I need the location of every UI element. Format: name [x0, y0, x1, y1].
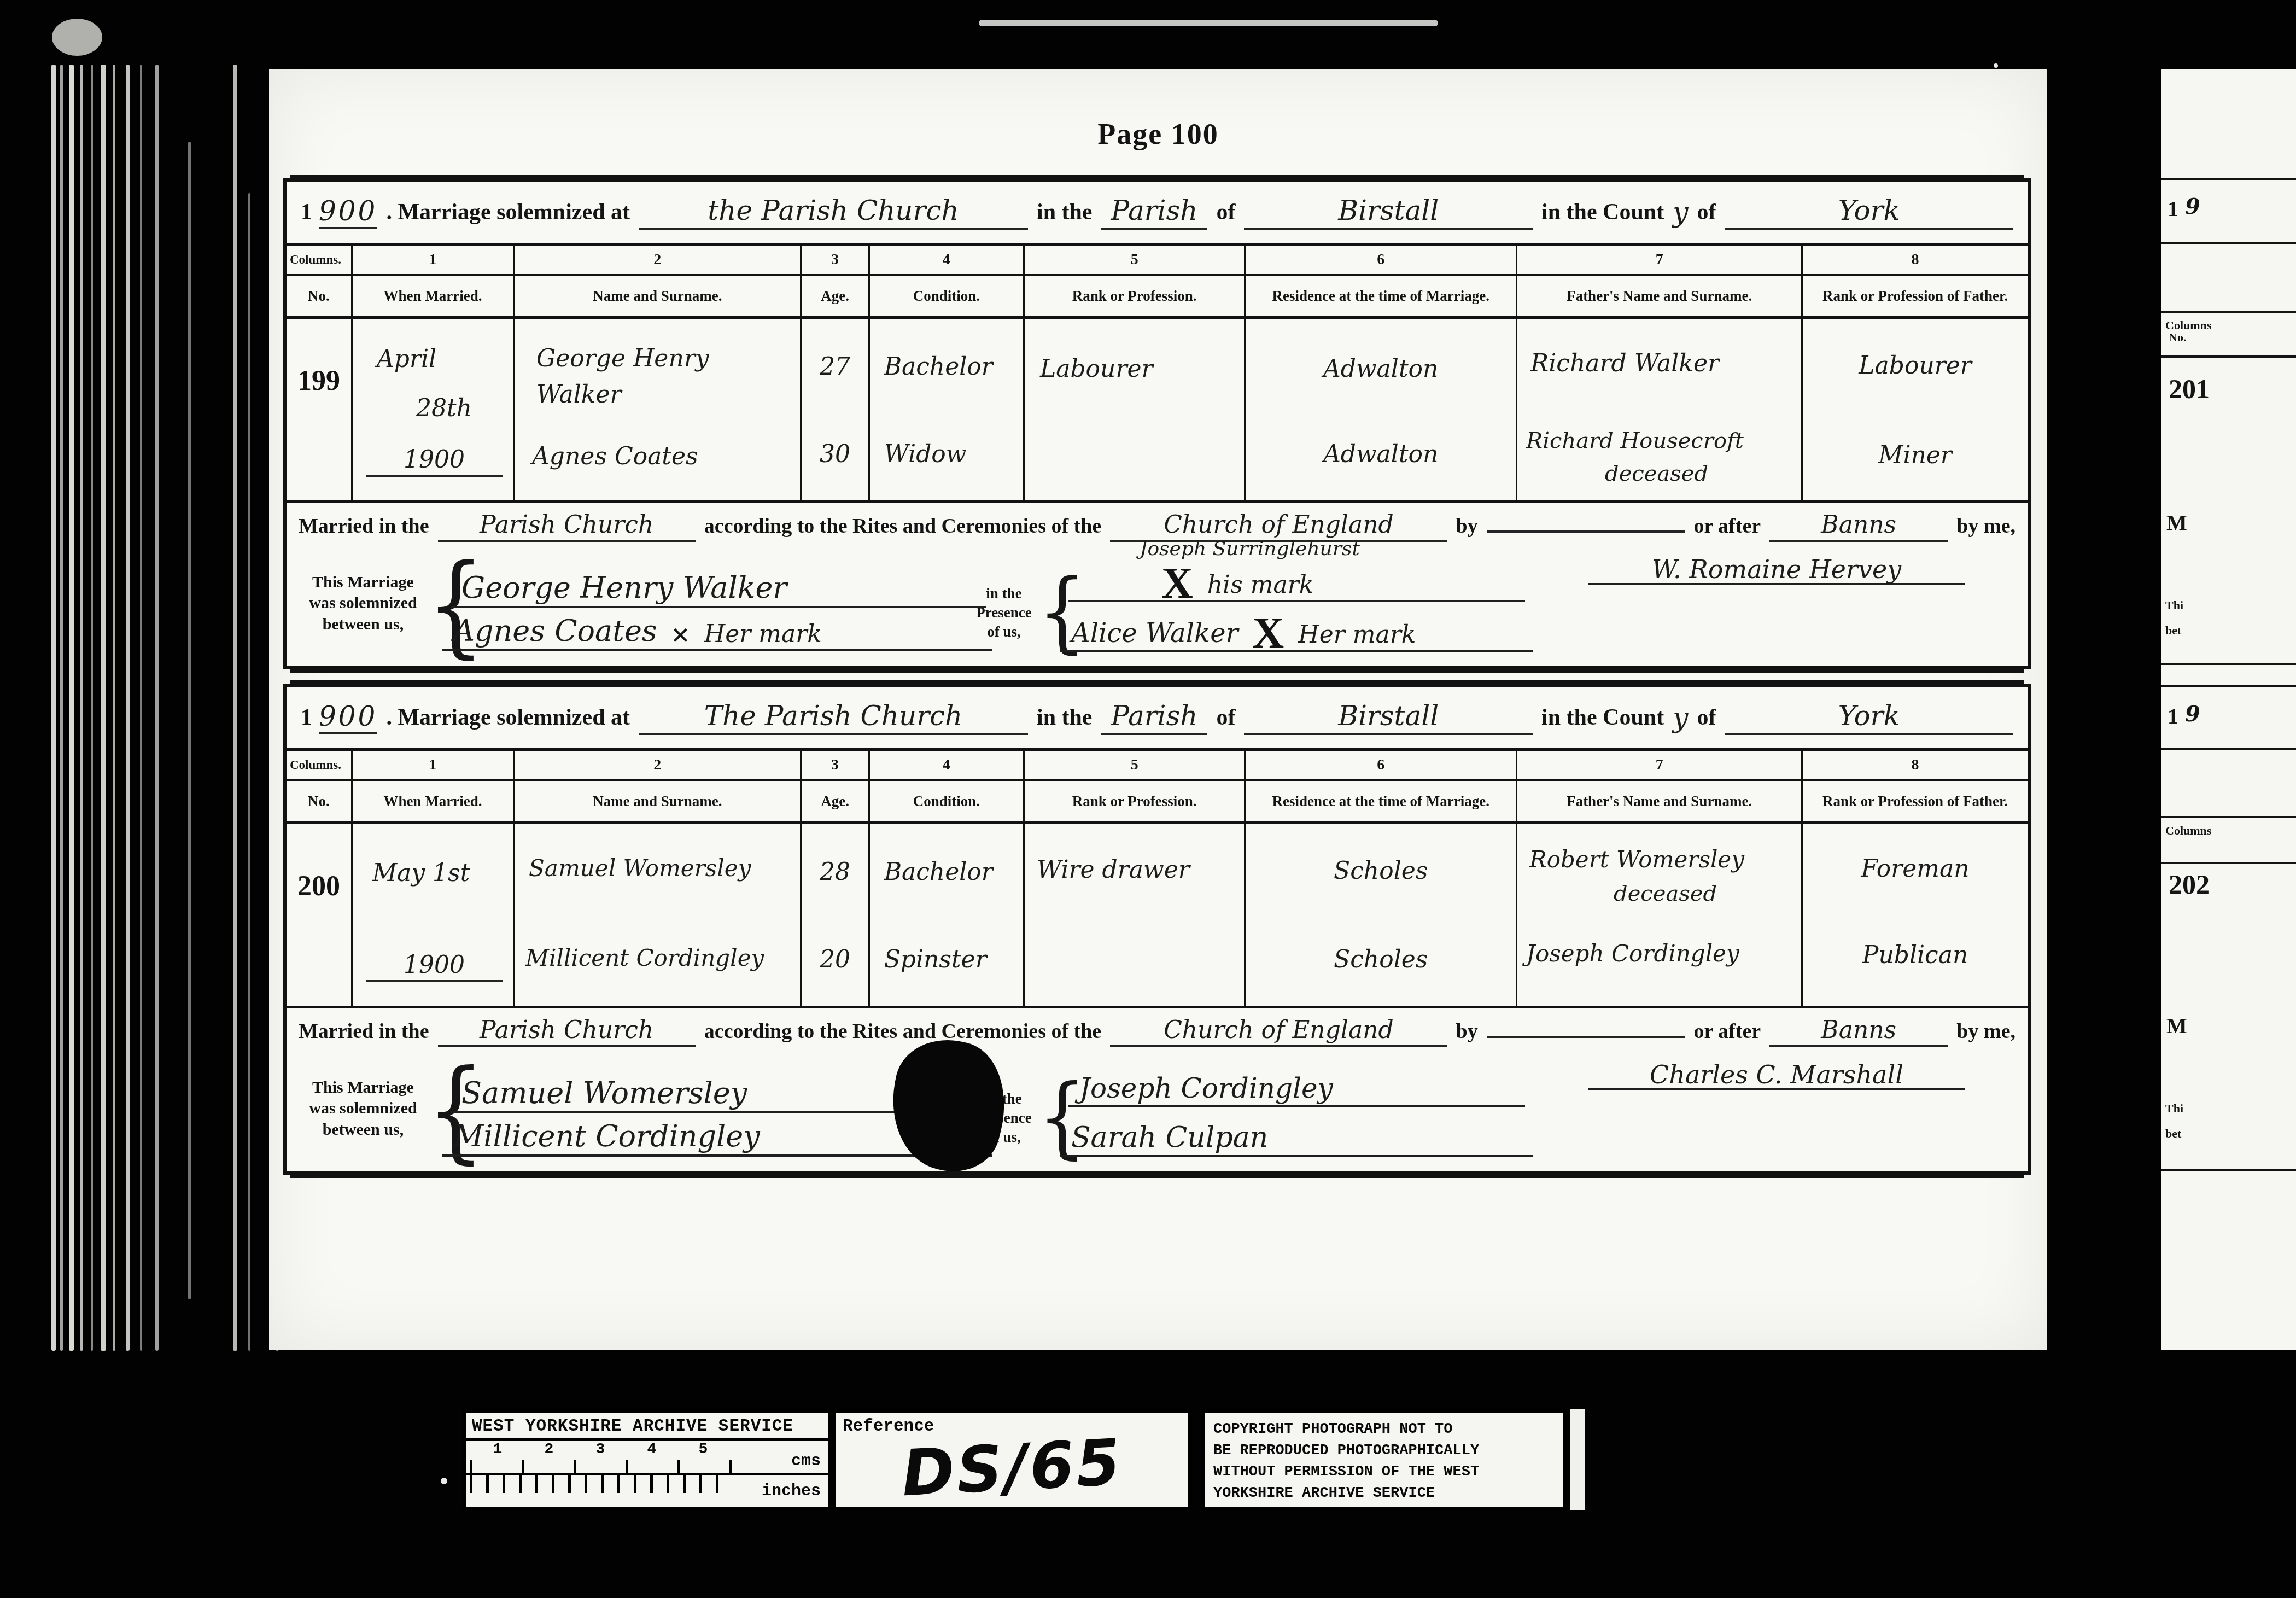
handwritten-year: 900 — [319, 195, 377, 229]
presence-label: in the Presence of us, — [966, 584, 1042, 641]
printed-of: of — [1697, 704, 1716, 731]
printed-county-prefix: in the Count — [1541, 704, 1664, 731]
film-speck — [441, 1478, 447, 1484]
handwritten-banns: Banns — [1769, 511, 1948, 542]
bride-signature-line: Agnes Coates × Her mark — [442, 615, 992, 651]
groom-signature-line: George Henry Walker — [451, 569, 986, 608]
inch-scale: inches — [466, 1475, 828, 1503]
copyright-box: COPYRIGHT PHOTOGRAPH NOT TO BE REPRODUCE… — [1201, 1409, 1567, 1510]
entry-199-signatures: Married in the Parish Church according t… — [287, 503, 2028, 666]
officiant-signature: W. Romaine Hervey — [1588, 550, 1965, 585]
rank-cell: Wire drawer — [1025, 824, 1246, 1006]
handwritten-county: York — [1725, 195, 2013, 230]
this-marriage-label: This Marriage was solemnized between us, — [294, 1077, 432, 1140]
column-numbers-row: Columns. 1 2 3 4 5 6 7 8 — [287, 751, 2028, 781]
handwritten-parish-word: Parish — [1101, 700, 1207, 735]
ink-blot — [877, 1028, 1019, 1182]
archive-service-box: WEST YORKSHIRE ARCHIVE SERVICE 1 2 3 4 5… — [463, 1409, 832, 1510]
cm-ticks — [470, 1460, 732, 1473]
entry-199-title: 1 900 . Marriage solemnized at the Paris… — [287, 182, 2028, 246]
handwritten-county: York — [1725, 700, 2013, 735]
entry-199-data-row: 199 April 28th 1900 George Henry Walker … — [287, 319, 2028, 503]
handwritten-rites: Church of England — [1110, 1016, 1447, 1047]
witness1-line: Joseph Surringlehurst X his mark — [1068, 563, 1525, 602]
father-rank-cell: Labourer Miner — [1803, 319, 2028, 500]
entry-number: 199 — [287, 365, 351, 397]
column-numbers-row: Columns. 1 2 3 4 5 6 7 8 — [287, 246, 2028, 276]
column-headers-row: No. When Married. Name and Surname. Age.… — [287, 276, 2028, 319]
witness2-line: Sarah Culpan — [1060, 1118, 1533, 1157]
inches-label: inches — [762, 1482, 821, 1501]
printed-year-digit: 1 — [301, 199, 312, 225]
printed-title-text: . Marriage solemnized at — [386, 199, 630, 225]
page-number: Page 100 — [269, 117, 2047, 151]
married-in-line: Married in the Parish Church according t… — [299, 1016, 2015, 1047]
names-cell: George Henry Walker Agnes Coates — [515, 319, 802, 500]
printed-year-digit: 1 — [301, 704, 312, 731]
printed-county-prefix: in the Count — [1541, 199, 1664, 225]
footer-white-sliver — [1570, 1409, 1585, 1510]
register-page: Page 100 1 900 . Marriage solemnized at … — [269, 69, 2047, 1350]
rank-cell: Labourer — [1025, 319, 1246, 500]
condition-cell: Bachelor Widow — [870, 319, 1025, 500]
names-cell: Samuel Womersley Millicent Cordingley — [515, 824, 802, 1006]
columns-label: Columns. — [287, 751, 353, 779]
age-cell: 27 30 — [802, 319, 869, 500]
register-entry-200: 1 900 . Marriage solemnized at The Paris… — [283, 684, 2031, 1175]
witness2-line: Alice Walker X Her mark — [1060, 613, 1533, 652]
age-cell: 28 20 — [802, 824, 869, 1006]
handwritten-place: the Parish Church — [639, 195, 1028, 230]
witness2-mark-x: X — [1252, 618, 1284, 649]
archive-service-title: WEST YORKSHIRE ARCHIVE SERVICE — [466, 1413, 828, 1438]
cm-scale: 1 2 3 4 5 cms — [466, 1441, 828, 1475]
film-artifact-topbar — [979, 20, 1438, 26]
father-name-cell: Richard Walker Richard Housecroft deceas… — [1517, 319, 1803, 500]
handwritten-parish: Birstall — [1244, 195, 1533, 230]
handwritten-county-y: y — [1673, 196, 1688, 228]
this-marriage-label: This Marriage was solemnized between us, — [294, 572, 432, 635]
film-speck — [1994, 63, 1998, 68]
entry-200-signatures: Married in the Parish Church according t… — [287, 1008, 2028, 1171]
handwritten-church: Parish Church — [438, 1016, 696, 1047]
printed-of: of — [1216, 199, 1235, 225]
residence-cell: Adwalton Adwalton — [1246, 319, 1517, 500]
handwritten-parish: Birstall — [1244, 700, 1533, 735]
printed-title-text: . Marriage solemnized at — [386, 704, 630, 731]
film-artifact-blob — [52, 19, 102, 56]
printed-of: of — [1216, 704, 1235, 731]
handwritten-banns: Banns — [1769, 1016, 1948, 1047]
cms-label: cms — [791, 1452, 821, 1471]
microfilm-frame: Page 100 1 900 . Marriage solemnized at … — [0, 0, 2296, 1598]
witness1-line: Joseph Cordingley — [1068, 1068, 1525, 1107]
entry-number: 200 — [287, 870, 351, 902]
father-name-cell: Robert Womersley deceased Joseph Cording… — [1517, 824, 1803, 1006]
handwritten-parish-word: Parish — [1101, 195, 1207, 230]
father-rank-cell: Foreman Publican — [1803, 824, 2028, 1006]
when-married-cell: April 28th 1900 — [353, 319, 515, 500]
film-edge-page-stack — [48, 65, 269, 1351]
register-entry-199: 1 900 . Marriage solemnized at the Paris… — [283, 178, 2031, 669]
condition-cell: Bachelor Spinster — [870, 824, 1025, 1006]
column-headers-row: No. When Married. Name and Surname. Age.… — [287, 781, 2028, 824]
scale-ruler: 1 2 3 4 5 cms inches — [466, 1438, 828, 1506]
handwritten-church: Parish Church — [438, 511, 696, 542]
witness1-mark-x: X — [1161, 568, 1193, 599]
officiant-signature: Charles C. Marshall — [1588, 1055, 1965, 1090]
printed-of: of — [1697, 199, 1716, 225]
entry-200-title: 1 900 . Marriage solemnized at The Paris… — [287, 687, 2028, 751]
handwritten-year: 900 — [319, 701, 377, 734]
reference-box: Reference DS/65 — [832, 1409, 1192, 1510]
handwritten-place: The Parish Church — [639, 700, 1028, 735]
columns-label: Columns. — [287, 246, 353, 274]
handwritten-county-y: y — [1673, 702, 1688, 733]
printed-in-the: in the — [1037, 704, 1093, 731]
when-married-cell: May 1st 1900 — [353, 824, 515, 1006]
printed-in-the: in the — [1037, 199, 1093, 225]
adjacent-page-sliver: 1 9 Columns No. 201 M Thi bet 1 9 Column… — [2161, 69, 2296, 1350]
blank-by-line — [1487, 1036, 1685, 1038]
bride-mark-x: × — [671, 622, 690, 648]
entry-200-data-row: 200 May 1st 1900 Samuel Womersley Millic… — [287, 824, 2028, 1008]
blank-by-line — [1487, 530, 1685, 533]
residence-cell: Scholes Scholes — [1246, 824, 1517, 1006]
inch-ticks — [470, 1475, 732, 1493]
